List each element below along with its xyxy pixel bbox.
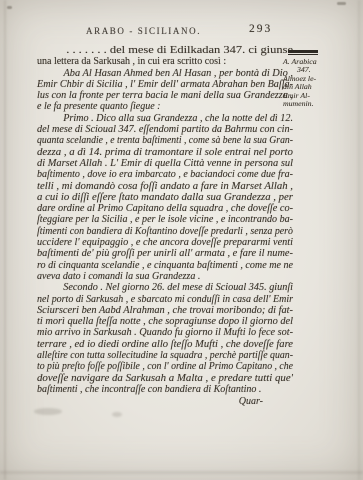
text-line: ti morì quella ſteſſa notte , che soprag… [37,316,293,327]
text-line: alleſtire con tutta sollecitudine la squ… [37,350,293,361]
scan-smudge [112,412,122,417]
margin-note-lines: A. Arabica347.Almoez le-din AllahEmir Al… [283,58,347,110]
text-line: Aba Al Hasan Ahmed ben Al Hasan , per bo… [37,68,293,79]
text-line: uccidere l' equipaggio , e che ancora do… [37,237,293,248]
rule-thin-bar [288,54,318,55]
scan-speck [7,6,12,9]
catchword-row: Quar- [37,396,293,407]
text-line: mio arrivo in Sarkusah . Quando fu giorn… [37,327,293,338]
text-line: nel porto di Sarkusah , e sbarcato mi co… [37,294,293,305]
rule-thick-bar [288,50,318,53]
text-line: . . . . . . . del mese di Edilkadan 347.… [37,45,293,56]
double-rule [288,50,318,55]
margin-note-line: A. Arabica [283,58,347,67]
text-line: lus con la fronte per terra bacia le man… [37,90,293,101]
text-line: Primo . Dico alla sua Grandezza , che la… [37,113,293,124]
text-line: baſtimento , dove io era imbarcato , e b… [37,169,293,180]
scan-speck [337,2,346,5]
text-line: ſtimenti con bandiera di Koſtantino dove… [37,226,293,237]
text-line: to più preſto foſſe poſſibile , con l' o… [37,361,293,372]
text-line: a cui io diſſi eſſere ſtato mandato dall… [37,192,293,203]
text-line: di Marset Allah . L' Emir di quella Citt… [37,158,293,169]
catchword: Quar- [239,396,263,407]
scan-smudge [34,408,62,415]
text-line: una lettera da Sarkusah , in cui era scr… [37,56,293,67]
text-line: baſtimenti de' più groſſi per unirli all… [37,248,293,259]
text-line: e le fa presente quanto ſiegue : [37,101,293,112]
text-line: aveva dato i comandi la sua Grandezza . [37,271,293,282]
text-line: doveſſe navigare da Sarkusah a Malta , e… [37,373,293,384]
text-line: Sciursceri ben Aabd Alrahman , che trova… [37,305,293,316]
text-line: quanta scelandie , e trenta baſtimenti ,… [37,135,293,146]
scan-edge-shadow-bottom [0,471,363,474]
scan-edge-shadow-right [358,0,360,480]
scan-edge-shadow-left [4,0,6,480]
text-line: Secondo . Nel giorno 26. del mese di Sci… [37,282,293,293]
page-number: 293 [249,23,272,35]
text-line: telli , mi domandò cosa foſſi andato a f… [37,181,293,192]
text-line: baſtimenti , che incontraſſe con bandier… [37,384,293,395]
text-line: Emir Chbir di Sicilia , l' Emir dell' ar… [37,79,293,90]
text-line: terrare , ed io diedi ordine allo ſteſſo… [37,339,293,350]
text-line: dare ordine al Primo Capitano della squa… [37,203,293,214]
running-title: ARABO - SICILIANO. [86,26,201,36]
scanned-book-page: ARABO - SICILIANO. 293 . . . . . . . del… [0,0,363,480]
margin-note-line: mumenin. [283,100,347,109]
text-line: ro di cinquanta scelandie , e cinquanta … [37,260,293,271]
text-line: dezza , a dì 14. prima di tramontare il … [37,147,293,158]
text-line: del mese di Scioual 347. eſſendomi parti… [37,124,293,135]
text-line: ſteggiare per la Sicilia , e per le isol… [37,214,293,225]
letter-text-block: . . . . . . . del mese di Edilkadan 347.… [37,45,293,395]
margin-note: A. Arabica347.Almoez le-din AllahEmir Al… [283,50,347,109]
